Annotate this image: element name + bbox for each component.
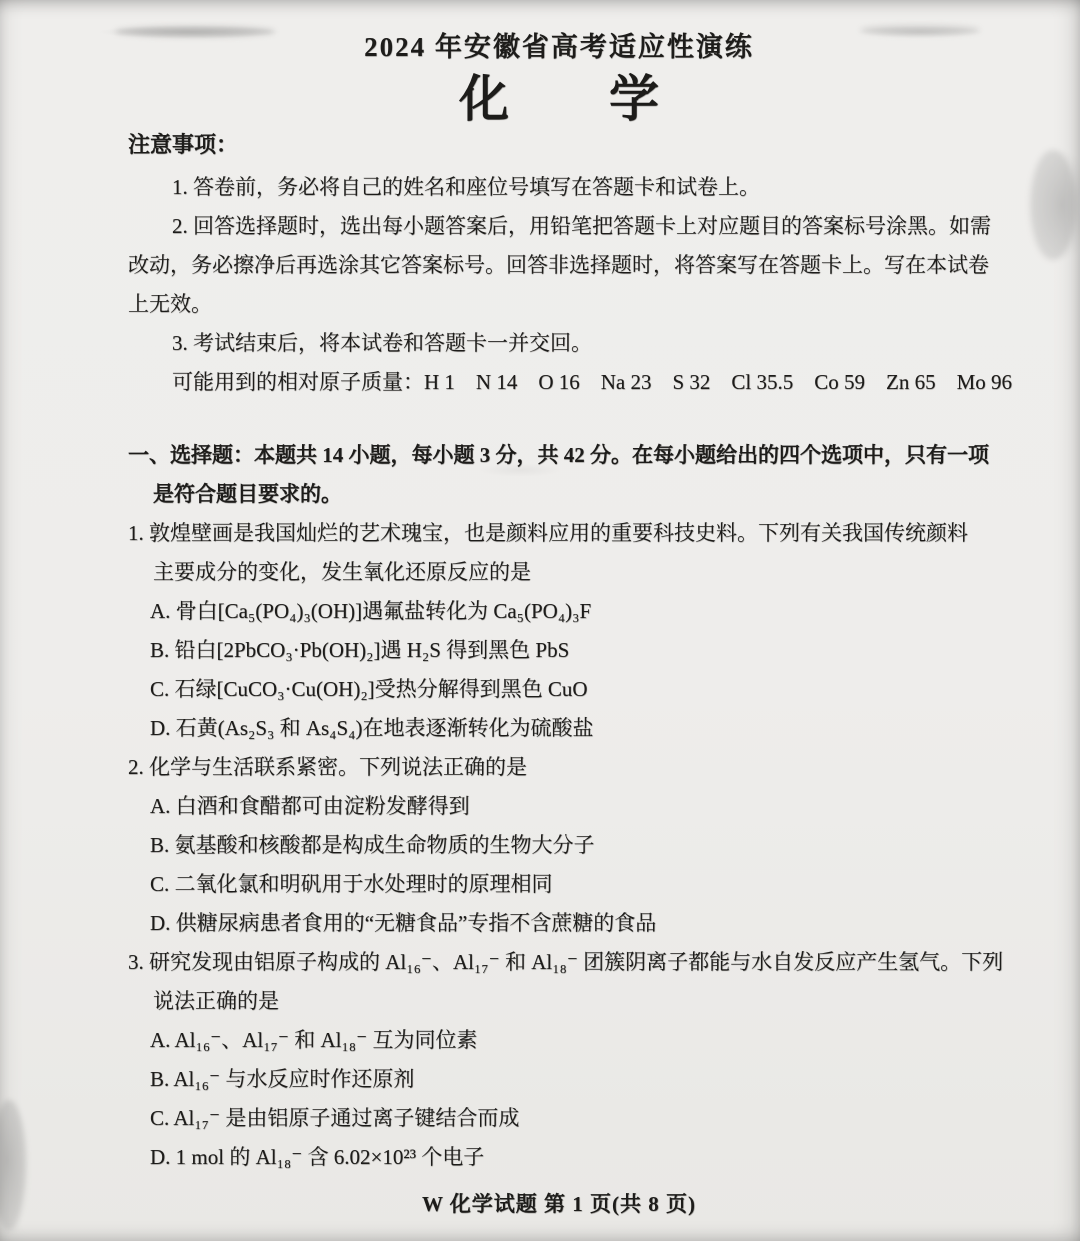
notice-item-1: 1. 答卷前，务必将自己的姓名和座位号填写在答题卡和试卷上。 [128, 168, 990, 207]
question-3-stem-line-1: 3. 研究发现由铝原子构成的 Al₁₆⁻、Al₁₇⁻ 和 Al₁₈⁻ 团簇阴离子… [128, 943, 990, 982]
question-3-option-b: B. Al₁₆⁻ 与水反应时作还原剂 [128, 1060, 990, 1099]
section-heading-line-1: 一、选择题：本题共 14 小题，每小题 3 分，共 42 分。在每小题给出的四个… [128, 436, 990, 475]
notice-item-2-line-2: 改动，务必擦净后再选涂其它答案标号。回答非选择题时，将答案写在答题卡上。写在本试… [128, 246, 990, 285]
question-2-stem-line-1: 2. 化学与生活联系紧密。下列说法正确的是 [128, 748, 990, 787]
question-1-option-b: B. 铅白[2PbCO₃·Pb(OH)₂]遇 H₂S 得到黑色 PbS [128, 631, 990, 670]
notice-item-2-line-1: 2. 回答选择题时，选出每小题答案后，用铅笔把答题卡上对应题目的答案标号涂黑。如… [128, 207, 990, 246]
notice-item-3: 3. 考试结束后，将本试卷和答题卡一并交回。 [128, 324, 990, 363]
question-1-option-d: D. 石黄(As₂S₃ 和 As₄S₄)在地表逐渐转化为硫酸盐 [128, 709, 990, 748]
question-3-option-c: C. Al₁₇⁻ 是由铝原子通过离子键结合而成 [128, 1099, 990, 1138]
question-1-option-a: A. 骨白[Ca₅(PO₄)₃(OH)]遇氟盐转化为 Ca₅(PO₄)₃F [128, 592, 990, 631]
question-3-stem-line-2: 说法正确的是 [128, 982, 990, 1021]
section-heading: 一、选择题：本题共 14 小题，每小题 3 分，共 42 分。在每小题给出的四个… [128, 436, 990, 514]
question-2-option-c: C. 二氧化氯和明矾用于水处理时的原理相同 [128, 865, 990, 904]
notice-item-2: 2. 回答选择题时，选出每小题答案后，用铅笔把答题卡上对应题目的答案标号涂黑。如… [128, 207, 990, 324]
notice-item-2-line-3: 上无效。 [128, 285, 990, 324]
question-2-option-a: A. 白酒和食醋都可由淀粉发酵得到 [128, 787, 990, 826]
question-2-option-b: B. 氨基酸和核酸都是构成生命物质的生物大分子 [128, 826, 990, 865]
question-1-stem-line-2: 主要成分的变化，发生氧化还原反应的是 [128, 553, 990, 592]
exam-session-title: 2024 年安徽省高考适应性演练 [128, 26, 990, 68]
question-1-stem-line-1: 1. 敦煌壁画是我国灿烂的艺术瑰宝，也是颜料应用的重要科技史料。下列有关我国传统… [128, 514, 990, 553]
question-3: 3. 研究发现由铝原子构成的 Al₁₆⁻、Al₁₇⁻ 和 Al₁₈⁻ 团簇阴离子… [128, 943, 990, 1177]
question-2: 2. 化学与生活联系紧密。下列说法正确的是 A. 白酒和食醋都可由淀粉发酵得到 … [128, 748, 990, 943]
question-2-option-d: D. 供糖尿病患者食用的“无糖食品”专指不含蔗糖的食品 [128, 904, 990, 943]
question-1-option-c: C. 石绿[CuCO₃·Cu(OH)₂]受热分解得到黑色 CuO [128, 670, 990, 709]
question-3-option-d: D. 1 mol 的 Al₁₈⁻ 含 6.02×10²³ 个电子 [128, 1138, 990, 1177]
question-1: 1. 敦煌壁画是我国灿烂的艺术瑰宝，也是颜料应用的重要科技史料。下列有关我国传统… [128, 514, 990, 748]
exam-paper-page: 2024 年安徽省高考适应性演练 化 学 注意事项： 1. 答卷前，务必将自己的… [0, 0, 1080, 1241]
page-footer: W 化学试题 第 1 页(共 8 页) [128, 1189, 990, 1219]
subject-title: 化 学 [128, 70, 990, 128]
question-3-option-a: A. Al₁₆⁻、Al₁₇⁻ 和 Al₁₈⁻ 互为同位素 [128, 1021, 990, 1060]
section-heading-line-2: 是符合题目要求的。 [128, 475, 990, 514]
notice-heading: 注意事项： [128, 132, 990, 158]
atomic-mass-line: 可能用到的相对原子质量：H 1 N 14 O 16 Na 23 S 32 Cl … [128, 363, 990, 402]
